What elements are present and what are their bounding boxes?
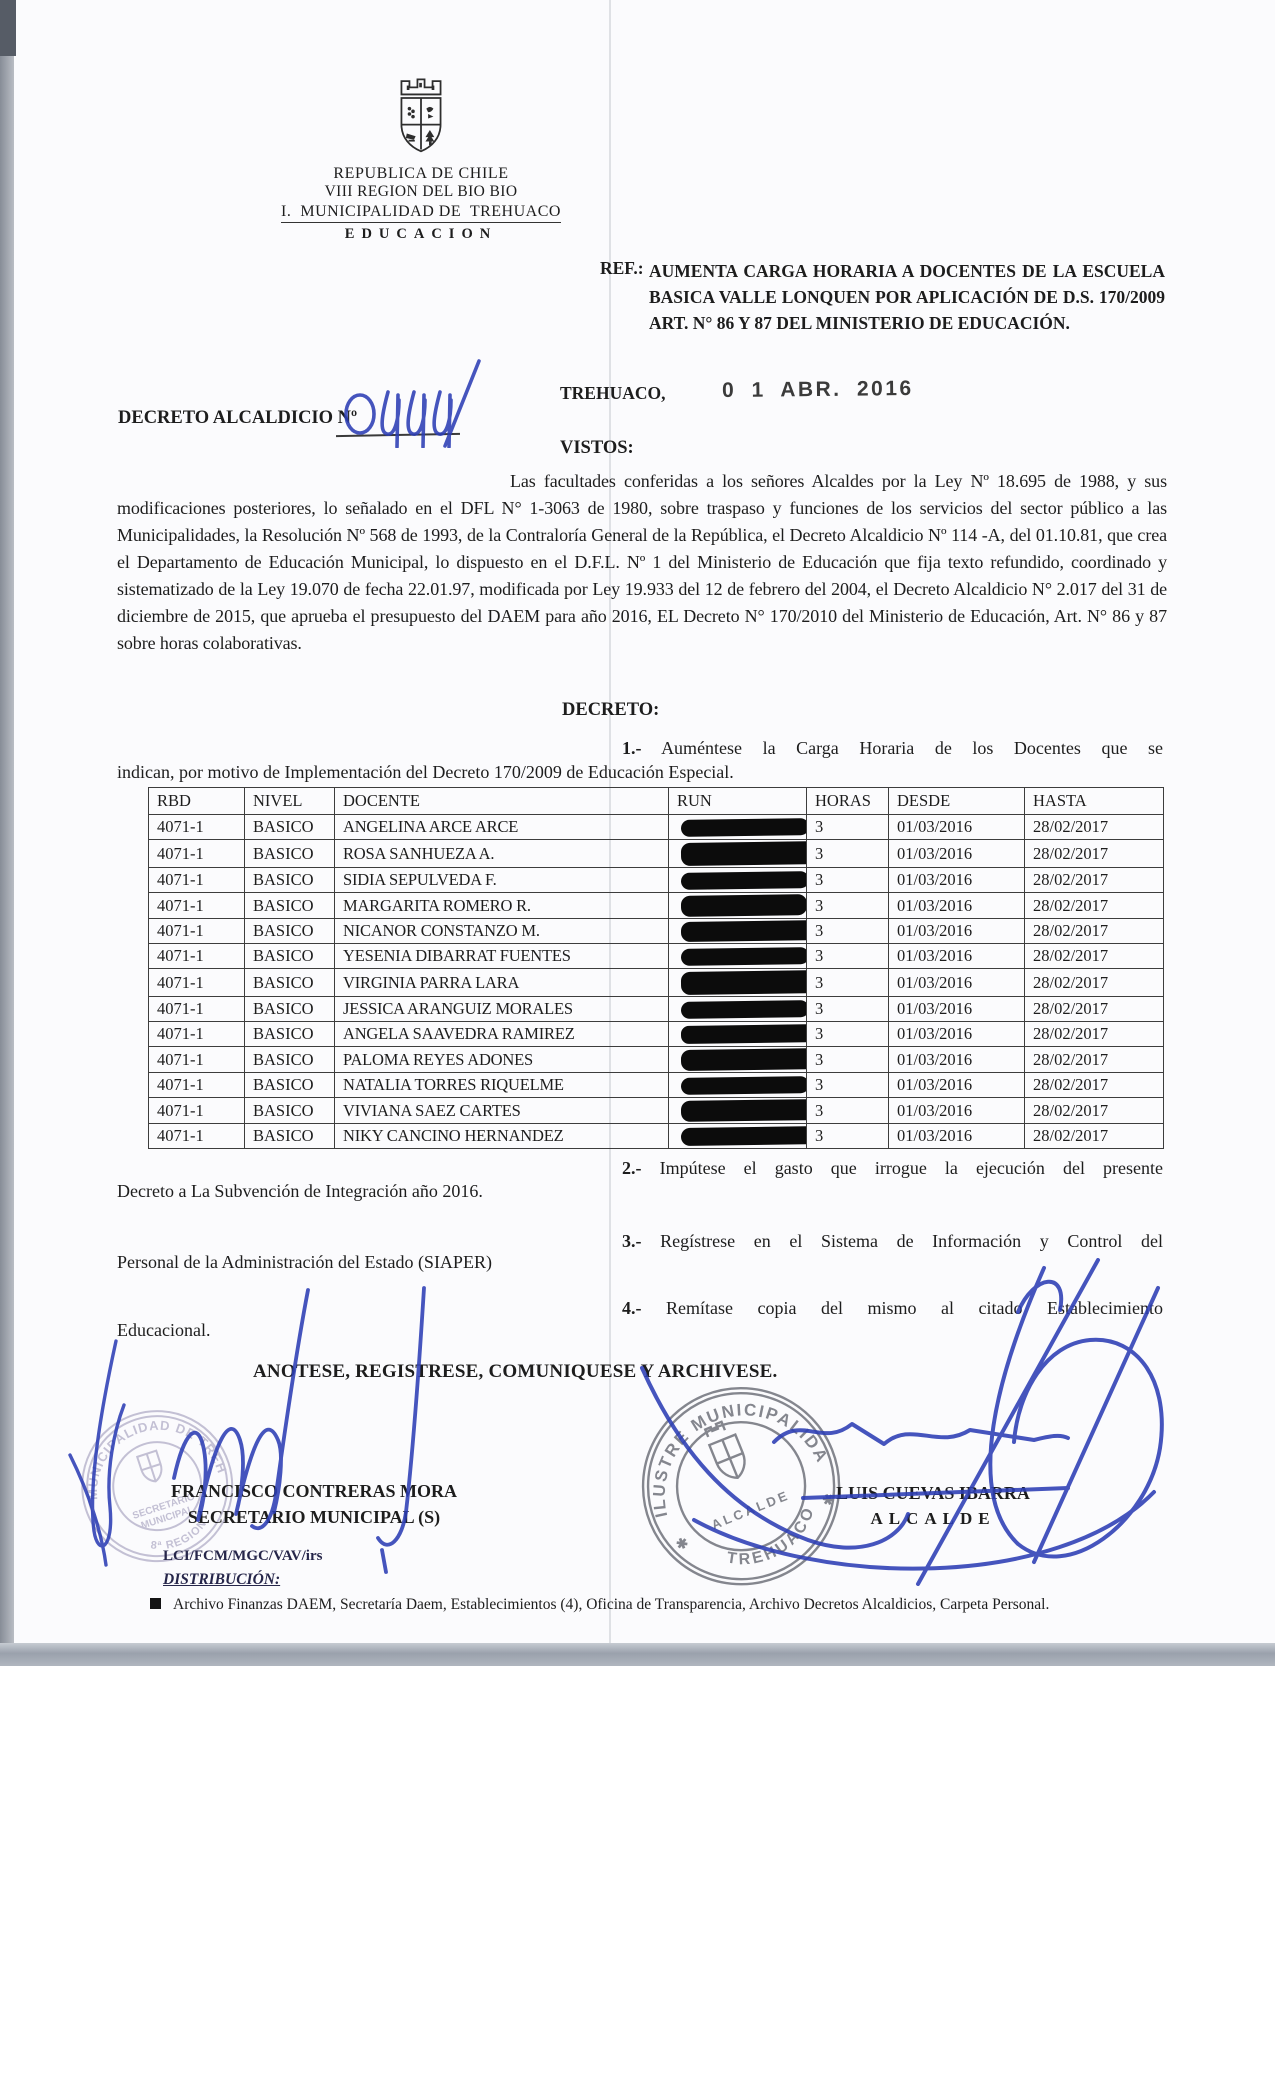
cell-horas: 3 [807,868,889,893]
cell-hasta: 28/02/2017 [1025,815,1164,840]
redacted-run-mark [681,894,807,917]
cell-rbd: 4071-1 [149,1047,245,1073]
cell-hasta: 28/02/2017 [1025,840,1164,868]
cell-horas: 3 [807,1098,889,1124]
ref-label: REF.: [600,258,644,279]
cell-hasta: 28/02/2017 [1025,1073,1164,1098]
cell-nivel: BASICO [245,944,335,969]
cell-run [669,868,807,893]
redacted-run-mark [681,1048,807,1071]
scan-bottom-edge [0,1643,1275,1666]
cell-desde: 01/03/2016 [889,1047,1025,1073]
region-line: VIII REGION DEL BIO BIO [240,183,602,201]
cell-docente: NICANOR CONSTANZO M. [335,919,669,944]
item-1-number: 1.- [622,738,642,758]
cell-nivel: BASICO [245,868,335,893]
cell-run [669,893,807,919]
cell-rbd: 4071-1 [149,868,245,893]
cell-rbd: 4071-1 [149,893,245,919]
col-hasta: HASTA [1025,788,1164,815]
col-desde: DESDE [889,788,1025,815]
cell-desde: 01/03/2016 [889,893,1025,919]
item-3-text: Regístrese en el Sistema de Información … [660,1231,1163,1251]
cell-horas: 3 [807,1022,889,1047]
table-row: 4071-1 BASICO ANGELINA ARCE ARCE 3 01/03… [149,815,1164,840]
table-row: 4071-1 BASICO SIDIA SEPULVEDA F. 3 01/03… [149,868,1164,893]
cell-run [669,1047,807,1073]
decreto-heading: DECRETO: [562,700,659,721]
cell-hasta: 28/02/2017 [1025,997,1164,1022]
col-rbd: RBD [149,788,245,815]
cell-nivel: BASICO [245,1022,335,1047]
redacted-run-mark [681,818,807,837]
cell-nivel: BASICO [245,1073,335,1098]
cell-docente: NATALIA TORRES RIQUELME [335,1073,669,1098]
cell-horas: 3 [807,997,889,1022]
cell-run [669,944,807,969]
col-docente: DOCENTE [335,788,669,815]
redacted-run-mark [681,1000,807,1019]
coat-of-arms-icon [389,70,453,158]
redacted-run-mark [681,920,807,942]
cell-hasta: 28/02/2017 [1025,1124,1164,1149]
cell-docente: ANGELINA ARCE ARCE [335,815,669,840]
item-2-text: Impútese el gasto que irrogue la ejecuci… [660,1158,1163,1178]
cell-nivel: BASICO [245,997,335,1022]
cell-horas: 3 [807,944,889,969]
item-3-number: 3.- [622,1231,642,1251]
distribution-line: Archivo Finanzas DAEM, Secretaría Daem, … [150,1596,1230,1614]
cell-desde: 01/03/2016 [889,1073,1025,1098]
cell-rbd: 4071-1 [149,1098,245,1124]
cell-rbd: 4071-1 [149,1124,245,1149]
mayor-signature-ink [598,1252,1178,1602]
department-line: EDUCACION [240,226,602,243]
col-horas: HORAS [807,788,889,815]
cell-hasta: 28/02/2017 [1025,1022,1164,1047]
place-line: TREHUACO, [560,383,666,404]
cell-desde: 01/03/2016 [889,1124,1025,1149]
cell-hasta: 28/02/2017 [1025,868,1164,893]
cell-docente: PALOMA REYES ADONES [335,1047,669,1073]
cell-desde: 01/03/2016 [889,944,1025,969]
republic-line: REPUBLICA DE CHILE [240,165,602,183]
docentes-table: RBD NIVEL DOCENTE RUN HORAS DESDE HASTA … [148,787,1164,1149]
table-row: 4071-1 BASICO YESENIA DIBARRAT FUENTES 3… [149,944,1164,969]
table-row: 4071-1 BASICO VIRGINIA PARRA LARA 3 01/0… [149,969,1164,997]
cell-rbd: 4071-1 [149,944,245,969]
cell-run [669,1073,807,1098]
col-run: RUN [669,788,807,815]
cell-run [669,840,807,868]
cell-docente: MARGARITA ROMERO R. [335,893,669,919]
table-header-row: RBD NIVEL DOCENTE RUN HORAS DESDE HASTA [149,788,1164,815]
table-row: 4071-1 BASICO NATALIA TORRES RIQUELME 3 … [149,1073,1164,1098]
secretary-signature-ink [140,1282,480,1582]
cell-hasta: 28/02/2017 [1025,893,1164,919]
decree-item-1-continuation: indican, por motivo de Implementación de… [117,762,734,783]
cell-hasta: 28/02/2017 [1025,1098,1164,1124]
distribution-text: Archivo Finanzas DAEM, Secretaría Daem, … [173,1596,1049,1613]
bullet-square-icon [150,1598,161,1609]
cell-run [669,1124,807,1149]
item-1-text: Auméntese la Carga Horaria de los Docent… [661,738,1163,758]
cell-docente: SIDIA SEPULVEDA F. [335,868,669,893]
cell-run [669,997,807,1022]
cell-nivel: BASICO [245,893,335,919]
cell-nivel: BASICO [245,1098,335,1124]
cell-nivel: BASICO [245,815,335,840]
cell-horas: 3 [807,1124,889,1149]
date-stamp: 0 1 ABR. 2016 [722,377,914,403]
table-row: 4071-1 BASICO NIKY CANCINO HERNANDEZ 3 0… [149,1124,1164,1149]
redacted-run-mark [681,970,807,995]
cell-rbd: 4071-1 [149,997,245,1022]
table-row: 4071-1 BASICO ANGELA SAAVEDRA RAMIREZ 3 … [149,1022,1164,1047]
table-row: 4071-1 BASICO JESSICA ARANGUIZ MORALES 3… [149,997,1164,1022]
cell-hasta: 28/02/2017 [1025,919,1164,944]
redacted-run-mark [681,841,807,866]
cell-horas: 3 [807,1073,889,1098]
cell-horas: 3 [807,815,889,840]
letterhead: REPUBLICA DE CHILE VIII REGION DEL BIO B… [240,70,602,243]
cell-docente: NIKY CANCINO HERNANDEZ [335,1124,669,1149]
decree-table-body: 4071-1 BASICO ANGELINA ARCE ARCE 3 01/03… [149,815,1164,1149]
decree-item-3-continuation: Personal de la Administración del Estado… [117,1252,492,1273]
cell-run [669,969,807,997]
scan-edge-strip [0,0,14,1666]
scan-corner-shadow [0,0,16,56]
cell-rbd: 4071-1 [149,919,245,944]
vistos-heading: VISTOS: [560,438,634,459]
table-row: 4071-1 BASICO NICANOR CONSTANZO M. 3 01/… [149,919,1164,944]
cell-nivel: BASICO [245,919,335,944]
decree-item-3-first-line: 3.- Regístrese en el Sistema de Informac… [622,1230,1163,1252]
cell-rbd: 4071-1 [149,840,245,868]
responsibility-initials: LCI/FCM/MGC/VAV/irs [163,1548,322,1565]
cell-run [669,1098,807,1124]
cell-docente: VIVIANA SAEZ CARTES [335,1098,669,1124]
cell-horas: 3 [807,1047,889,1073]
cell-docente: VIRGINIA PARRA LARA [335,969,669,997]
cell-rbd: 4071-1 [149,1073,245,1098]
redacted-run-mark [681,1076,807,1095]
cell-hasta: 28/02/2017 [1025,944,1164,969]
redacted-run-mark [681,947,807,966]
decree-item-2-first-line: 2.- Impútese el gasto que irrogue la eje… [622,1157,1163,1179]
cell-horas: 3 [807,893,889,919]
scanned-decree-page: REPUBLICA DE CHILE VIII REGION DEL BIO B… [0,0,1275,2100]
cell-desde: 01/03/2016 [889,1098,1025,1124]
cell-docente: JESSICA ARANGUIZ MORALES [335,997,669,1022]
table-row: 4071-1 BASICO VIVIANA SAEZ CARTES 3 01/0… [149,1098,1164,1124]
cell-rbd: 4071-1 [149,1022,245,1047]
cell-horas: 3 [807,919,889,944]
cell-nivel: BASICO [245,1124,335,1149]
distribution-label: DISTRIBUCIÓN: [163,1571,280,1589]
cell-hasta: 28/02/2017 [1025,969,1164,997]
cell-run [669,1022,807,1047]
decree-item-1-first-line: 1.- Auméntese la Carga Horaria de los Do… [622,737,1163,759]
cell-docente: ROSA SANHUEZA A. [335,840,669,868]
col-nivel: NIVEL [245,788,335,815]
cell-docente: YESENIA DIBARRAT FUENTES [335,944,669,969]
cell-hasta: 28/02/2017 [1025,1047,1164,1073]
cell-desde: 01/03/2016 [889,997,1025,1022]
ref-text: AUMENTA CARGA HORARIA A DOCENTES DE LA E… [649,258,1165,336]
item-2-number: 2.- [622,1158,642,1178]
cell-desde: 01/03/2016 [889,919,1025,944]
redacted-run-mark [681,1126,807,1146]
cell-desde: 01/03/2016 [889,868,1025,893]
municipality-line: I. MUNICIPALIDAD DE TREHUACO [281,203,561,223]
cell-run [669,815,807,840]
cell-rbd: 4071-1 [149,815,245,840]
table-row: 4071-1 BASICO MARGARITA ROMERO R. 3 01/0… [149,893,1164,919]
vistos-paragraph: Las facultades conferidas a los señores … [117,468,1167,657]
cell-nivel: BASICO [245,969,335,997]
redacted-run-mark [681,871,807,890]
cell-desde: 01/03/2016 [889,969,1025,997]
cell-nivel: BASICO [245,1047,335,1073]
decree-number-label: DECRETO ALCALDICIO Nº [118,408,357,429]
table-row: 4071-1 BASICO PALOMA REYES ADONES 3 01/0… [149,1047,1164,1073]
cell-desde: 01/03/2016 [889,840,1025,868]
cell-docente: ANGELA SAAVEDRA RAMIREZ [335,1022,669,1047]
cell-desde: 01/03/2016 [889,815,1025,840]
cell-desde: 01/03/2016 [889,1022,1025,1047]
table-row: 4071-1 BASICO ROSA SANHUEZA A. 3 01/03/2… [149,840,1164,868]
cell-nivel: BASICO [245,840,335,868]
redacted-run-mark [681,1024,807,1044]
cell-horas: 3 [807,840,889,868]
cell-horas: 3 [807,969,889,997]
cell-run [669,919,807,944]
redacted-run-mark [681,1099,807,1122]
decree-item-2-continuation: Decreto a La Subvención de Integración a… [117,1181,483,1202]
handwritten-decree-number: 0444/ [332,358,484,453]
cell-rbd: 4071-1 [149,969,245,997]
